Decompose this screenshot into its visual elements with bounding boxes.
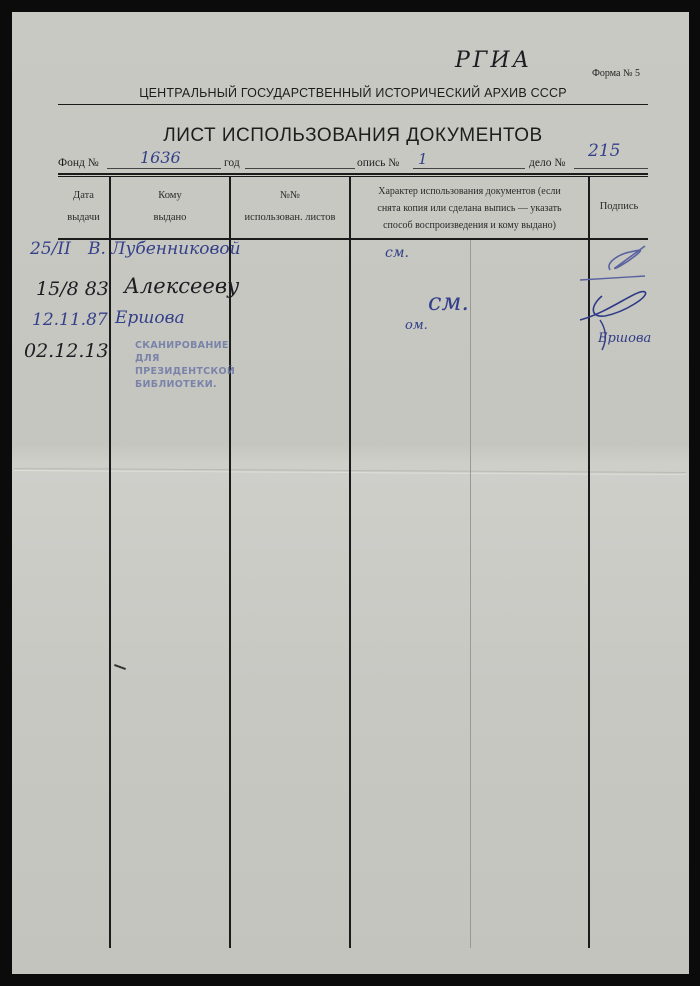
archive-name: ЦЕНТРАЛЬНЫЙ ГОСУДАРСТВЕННЫЙ ИСТОРИЧЕСКИЙ… [58,86,648,100]
page-title: ЛИСТ ИСПОЛЬЗОВАНИЯ ДОКУМЕНТОВ [58,125,648,147]
column-header-recipient: Кому выдано [111,185,229,229]
row-1-signature-icon [575,240,665,285]
row-2-date: 15/8 83 [36,278,109,300]
opis-underline [413,168,525,169]
row-1-date: 25/II [30,239,71,259]
row-3-date: 12.11.87 [32,310,108,330]
delo-value: 215 [588,141,620,161]
column-header-sheets: №№ использован. листов [231,185,349,229]
delo-underline [574,168,648,169]
archive-handwritten-mark: РГИА [455,48,532,73]
row-4-date: 02.12.13 [24,340,109,362]
fond-label: Фонд № [58,157,99,169]
table-top-border [58,173,648,175]
fond-underline [107,168,221,169]
row-3-usage-note: ом. [405,318,428,333]
column-header-date: Дата выдачи [58,185,109,229]
year-label: год [224,157,240,169]
row-3-usage: см. [428,288,469,316]
row-1-usage: см. [385,245,409,261]
row-1-recipient: В. Лубенниковой [88,239,241,259]
column-header-usage: Характер использования документов (если … [351,183,588,234]
table-top-border-2 [58,176,648,177]
year-underline [245,168,355,169]
column-divider-1 [109,177,111,948]
form-number: Форма № 5 [592,68,640,79]
library-stamp: Сканирование для Президентской библиотек… [135,339,235,391]
row-2-recipient: Алексееву [124,274,239,298]
row-3-signature-icon: Ершова [570,288,680,360]
column-divider-faint [470,240,471,948]
column-divider-3 [349,177,351,948]
delo-label: дело № [529,157,565,169]
opis-label: опись № [357,157,399,169]
row-3-recipient: Ершова [115,308,185,328]
column-header-signature: Подпись [590,196,648,218]
fond-value: 1636 [140,148,181,167]
svg-text:Ершова: Ершова [597,331,651,346]
archive-name-underline [58,104,648,105]
opis-value: 1 [418,150,428,168]
